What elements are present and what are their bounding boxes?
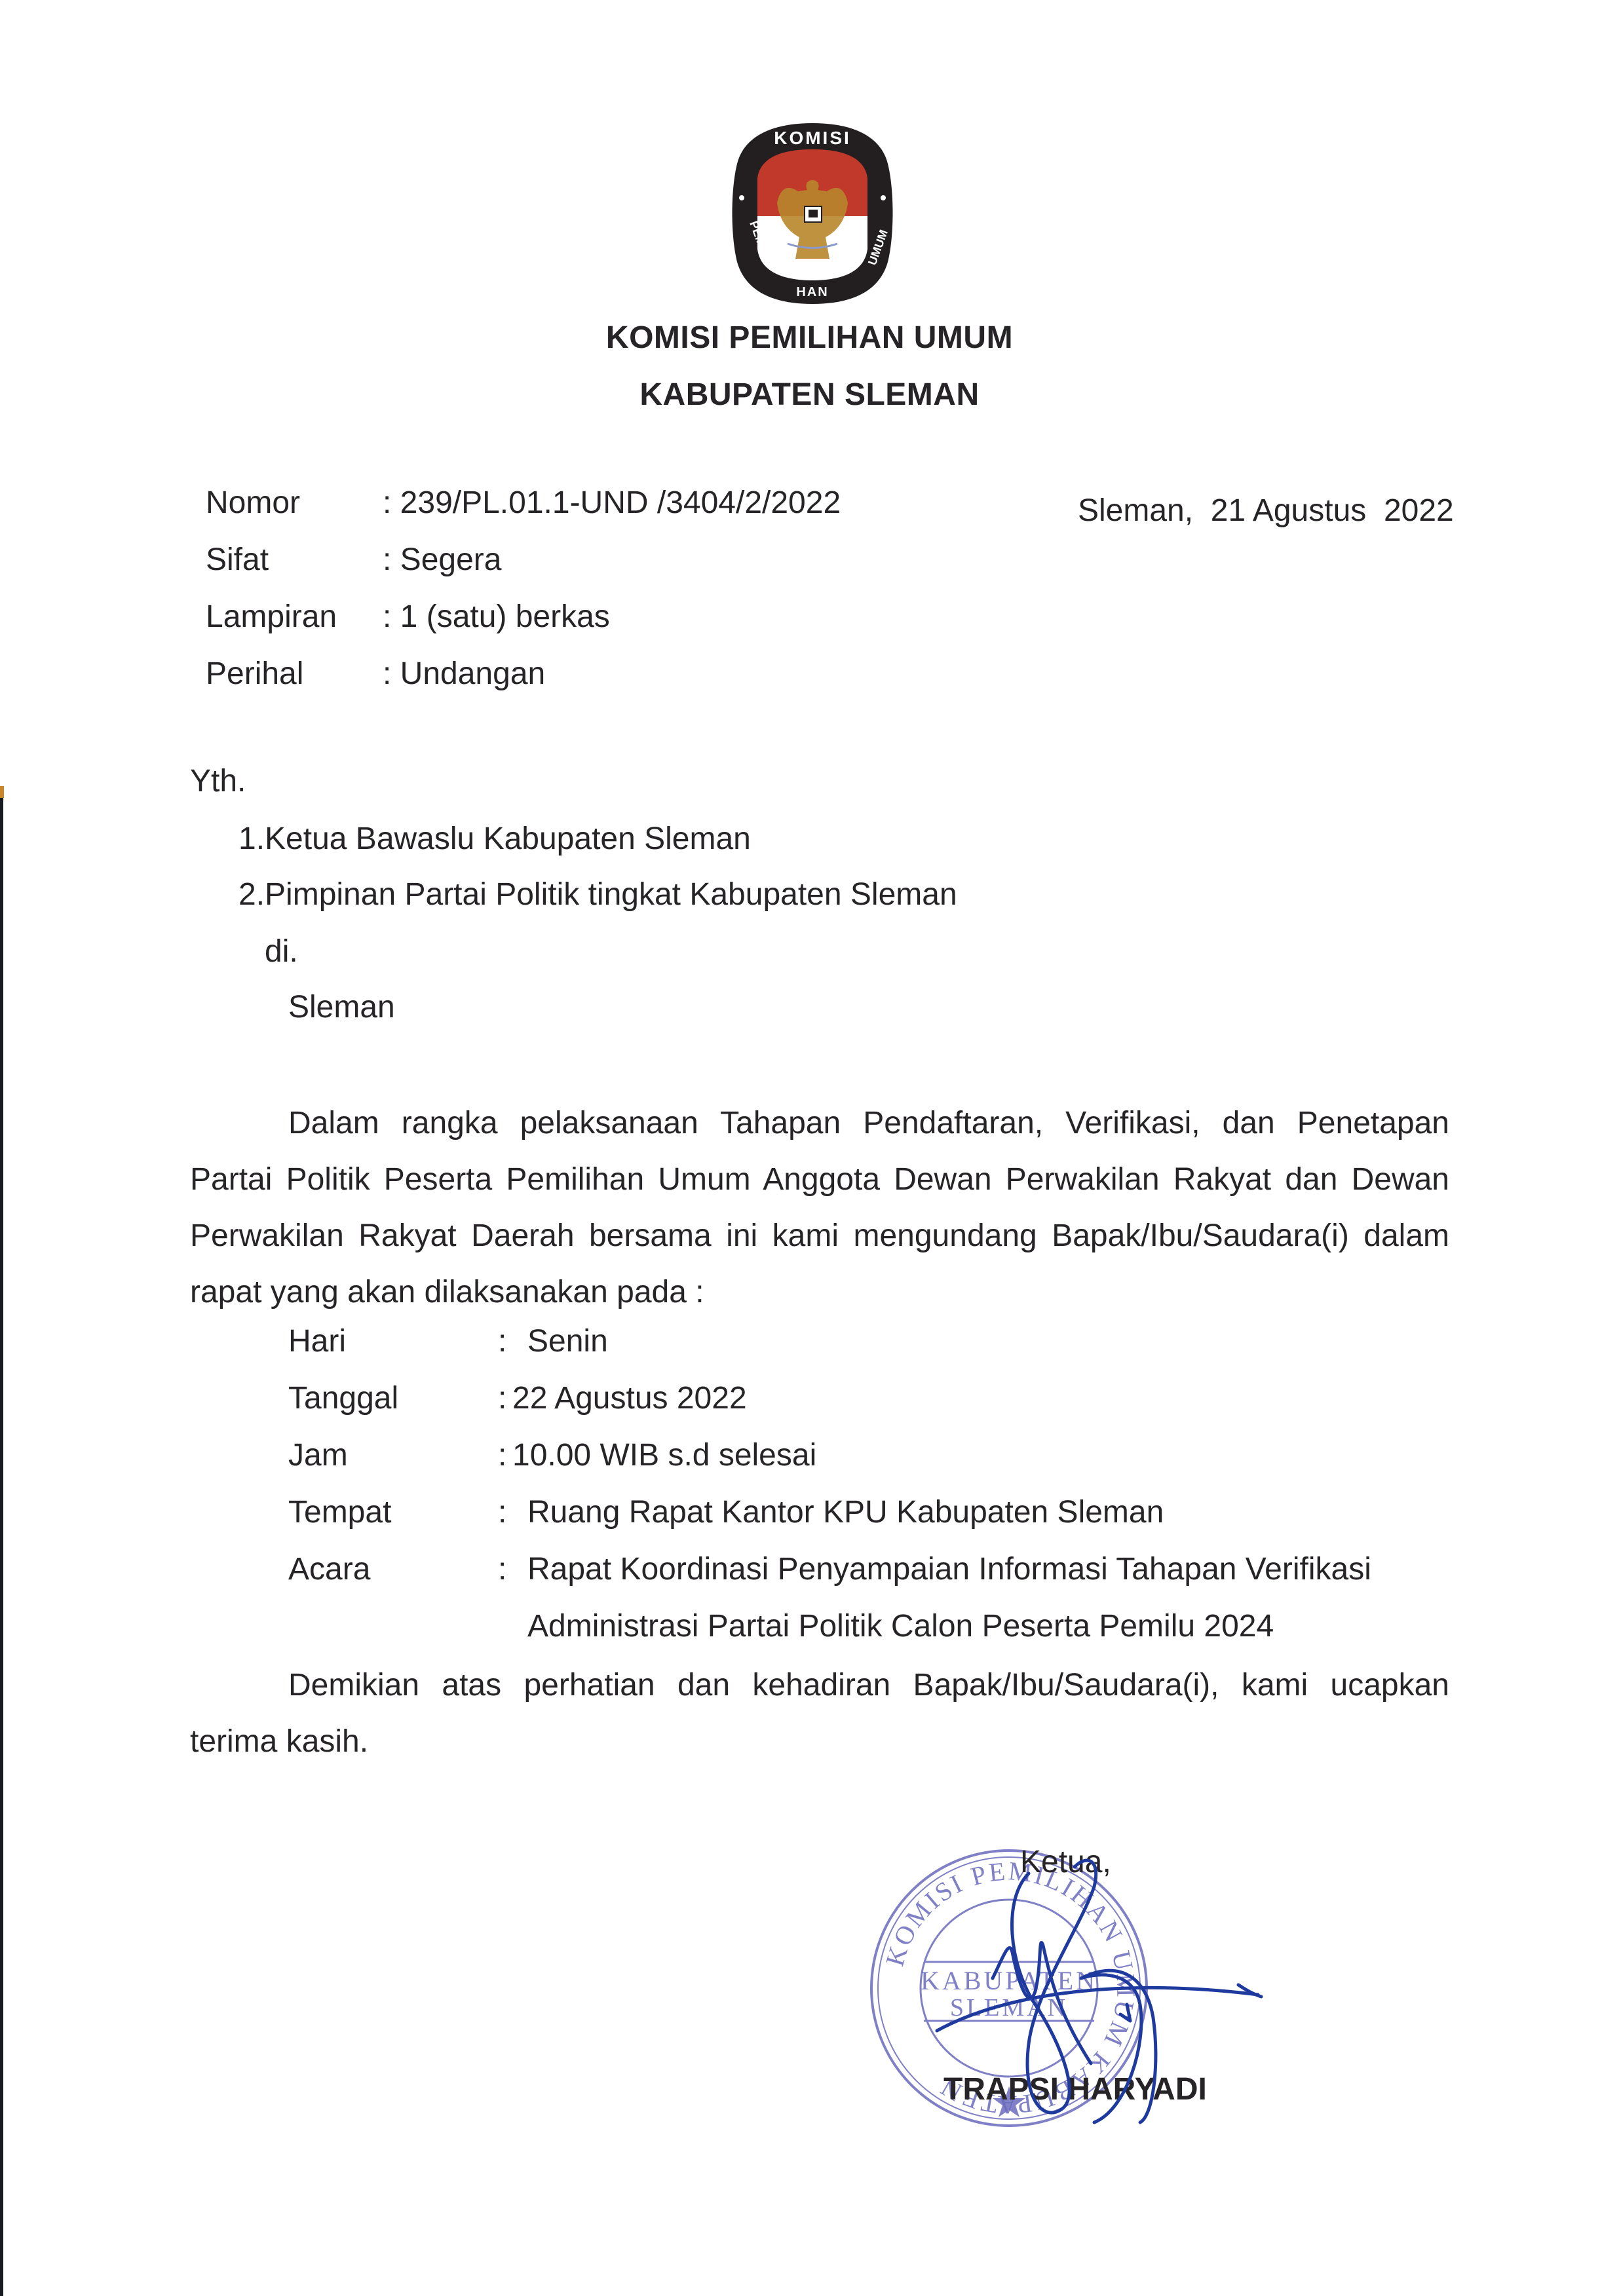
detail-colon: : xyxy=(498,1323,506,1359)
paragraph-line: Partai Politik Peserta Pemilihan Umum An… xyxy=(190,1152,1449,1208)
event-details: Hari : Senin Tanggal : 22 Agustus 2022 J… xyxy=(288,1323,1468,1608)
letterhead-subtitle: KABUPATEN SLEMAN xyxy=(0,377,1619,413)
detail-label: Tempat xyxy=(288,1494,391,1530)
detail-colon: : xyxy=(498,1551,506,1587)
meta-row-lampiran: Lampiran : 1 (satu) berkas xyxy=(206,599,992,656)
meta-value: : Undangan xyxy=(383,656,545,692)
place-date: Sleman, 21 Agustus 2022 xyxy=(1078,493,1454,529)
detail-label: Acara xyxy=(288,1551,370,1587)
detail-colon: : xyxy=(498,1494,506,1530)
detail-colon: : xyxy=(498,1380,506,1416)
recipient-location: Sleman xyxy=(288,989,395,1025)
letter-meta: Nomor : 239/PL.01.1-UND /3404/2/2022 Sif… xyxy=(206,485,992,713)
meta-value: : 1 (satu) berkas xyxy=(383,599,610,635)
meta-label: Lampiran xyxy=(206,599,337,635)
paragraph-line: Demikian atas perhatian dan kehadiran Ba… xyxy=(190,1657,1449,1714)
detail-label: Jam xyxy=(288,1437,348,1473)
meta-row-perihal: Perihal : Undangan xyxy=(206,656,992,713)
detail-value-continuation: Administrasi Partai Politik Calon Pesert… xyxy=(527,1608,1274,1644)
salutation: Yth. xyxy=(190,763,246,799)
detail-label: Hari xyxy=(288,1323,346,1359)
meta-value: : Segera xyxy=(383,542,501,578)
meta-label: Sifat xyxy=(206,542,269,578)
recipient-item: 1.Ketua Bawaslu Kabupaten Sleman xyxy=(238,821,751,857)
recipient-di: di. xyxy=(265,933,298,969)
svg-text:KOMISI: KOMISI xyxy=(774,128,851,148)
detail-value: 10.00 WIB s.d selesai xyxy=(512,1437,816,1473)
detail-row-tanggal: Tanggal : 22 Agustus 2022 xyxy=(288,1380,1468,1437)
invitation-paragraph: Dalam rangka pelaksanaan Tahapan Pendaft… xyxy=(190,1095,1449,1321)
detail-row-acara: Acara : Rapat Koordinasi Penyampaian Inf… xyxy=(288,1551,1468,1608)
meta-row-nomor: Nomor : 239/PL.01.1-UND /3404/2/2022 xyxy=(206,485,992,542)
scan-edge-artifact xyxy=(0,786,4,798)
svg-text:HAN: HAN xyxy=(796,285,828,299)
letterhead-title: KOMISI PEMILIHAN UMUM xyxy=(0,320,1619,356)
detail-value: Ruang Rapat Kantor KPU Kabupaten Sleman xyxy=(527,1494,1164,1530)
kpu-garuda-emblem-icon: KOMISI HAN PEMIL UMUM xyxy=(727,118,898,308)
detail-value: Senin xyxy=(527,1323,608,1359)
meta-label: Perihal xyxy=(206,656,303,692)
paragraph-line: Dalam rangka pelaksanaan Tahapan Pendaft… xyxy=(190,1095,1449,1152)
closing-paragraph: Demikian atas perhatian dan kehadiran Ba… xyxy=(190,1657,1449,1770)
scan-edge xyxy=(0,793,3,2296)
detail-value: 22 Agustus 2022 xyxy=(512,1380,747,1416)
detail-row-jam: Jam : 10.00 WIB s.d selesai xyxy=(288,1437,1468,1494)
paragraph-line: terima kasih. xyxy=(190,1714,1449,1770)
detail-value: Rapat Koordinasi Penyampaian Informasi T… xyxy=(527,1551,1371,1587)
detail-colon: : xyxy=(498,1437,506,1473)
detail-row-hari: Hari : Senin xyxy=(288,1323,1468,1380)
detail-row-tempat: Tempat : Ruang Rapat Kantor KPU Kabupate… xyxy=(288,1494,1468,1551)
detail-label: Tanggal xyxy=(288,1380,398,1416)
paragraph-line: rapat yang akan dilaksanakan pada : xyxy=(190,1264,1449,1321)
meta-row-sifat: Sifat : Segera xyxy=(206,542,992,599)
recipient-item: 2.Pimpinan Partai Politik tingkat Kabupa… xyxy=(238,876,957,913)
meta-label: Nomor xyxy=(206,485,300,521)
handwritten-signature-icon xyxy=(930,1847,1271,2136)
paragraph-line: Perwakilan Rakyat Daerah bersama ini kam… xyxy=(190,1208,1449,1264)
meta-value: : 239/PL.01.1-UND /3404/2/2022 xyxy=(383,485,841,521)
